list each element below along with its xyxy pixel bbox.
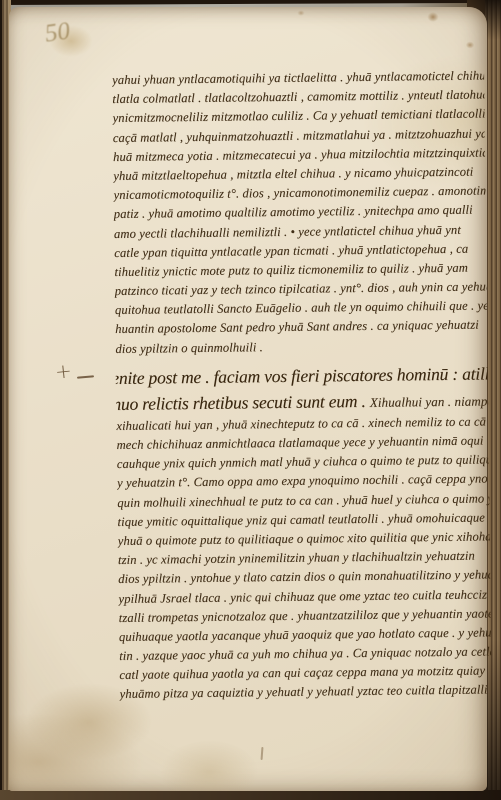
text-segment: amo yectli tlachihualli nemiliztli . • y… [114, 222, 461, 240]
text-segment: huantin apostolome Sant pedro yhuā Sant … [115, 318, 479, 336]
text-segment: huā mitzmeca yotia . mitzmecatecui ya . … [113, 145, 489, 164]
text-segment: yahui yhuan yntlacamotiquihi ya tictlael… [112, 68, 492, 87]
text-segment: patiz . yhuā amotimo qualtiliz amotimo y… [114, 203, 473, 221]
text-segment: tzalli trompetas ynicnotzaloz que . yhua… [119, 606, 492, 625]
manuscript-page: 50 + yahui yhuan yntlacamotiquihi ya tic… [9, 7, 487, 791]
text-segment: Xihualhui yan . niampa [370, 393, 492, 410]
text-segment: tique ymitic oquittalique yniz qui camat… [117, 510, 485, 528]
text-segment: y yehuatzin t°. Camo oppa amo expa ynoqu… [117, 472, 488, 491]
text-line: dios ypiltzin o quinmolhuili . [115, 335, 487, 359]
text-segment: tlatla colmatlatl . tlatlacoltzohuaztli … [112, 87, 492, 106]
text-segment: tinuo relictis rhetibus secuti sunt eum … [112, 391, 370, 414]
text-segment: quitohua teutlatolli Sancto Euāgelio . a… [115, 299, 489, 318]
text-segment: tihuelitiz ynictic mote putz to quiliz t… [114, 261, 468, 279]
book-photograph: 50 + yahui yhuan yntlacamotiquihi ya tic… [0, 0, 501, 800]
text-segment: xihualicati hui yan , yhuā xinechteputz … [116, 414, 492, 433]
text-segment: yhuā o quimote putz to quilitiaque o qui… [118, 529, 492, 548]
text-segment: catle ypan tiquitta yntlacatle ypan ticm… [114, 241, 468, 259]
text-segment: dios ypiltzin . yntohue y tlato catzin d… [118, 567, 492, 586]
text-segment: ynicmitzmocneliliz mitzmotlao culiliz . … [112, 106, 491, 125]
folio-number: 50 [43, 17, 72, 48]
small-ink-mark [261, 747, 264, 760]
bottom-backdrop-band [0, 790, 501, 800]
text-segment: yhuā mitztlaeltopehua , mitztla eltel ch… [113, 165, 473, 183]
text-segment: mech chichihuaz anmichtlaaca tlatlamaque… [116, 433, 483, 451]
text-segment: Venite post me . faciam vos fieri piscat… [112, 363, 492, 388]
text-segment: caçā matlatl , yuhquinmatzohuaztli . mit… [113, 126, 492, 145]
text-line: yhuāmo pitza ya caquiztia y yehuatl y ye… [120, 681, 492, 705]
text-segment: cauhque ynix quich ynmich matl yhuā y ci… [117, 453, 492, 472]
text-segment: yhuāmo pitza ya caquiztia y yehuatl y ye… [120, 683, 488, 701]
text-segment: quin molhuili xinechhual te putz to ca c… [117, 491, 492, 510]
margin-dash-mark [77, 375, 94, 378]
text-segment: dios ypiltzin o quinmolhuili . [115, 340, 263, 356]
text-segment: quihuaque yaotla yacanque yhuā yaoquiz q… [119, 625, 492, 644]
text-segment: ypilhuā Jsrael tlaca . ynic qui chihuaz … [118, 587, 492, 606]
text-segment: ynicamoticmotoquiliz t°. dios , ynicamon… [113, 184, 489, 203]
text-segment: patzinco ticati yaz y tech tzinco tipilc… [115, 279, 492, 298]
text-segment: tzin . yc ximachi yotzin yninemilitzin y… [118, 549, 475, 567]
text-block: yahui yhuan yntlacamotiquihi ya tictlael… [112, 66, 492, 718]
text-segment: catl yaote quihua yaotla ya can qui caça… [119, 664, 485, 682]
margin-cross-mark: + [54, 358, 73, 384]
text-segment: tin . yazque yaoc yhuā ca yuh mo chihua … [119, 644, 492, 663]
